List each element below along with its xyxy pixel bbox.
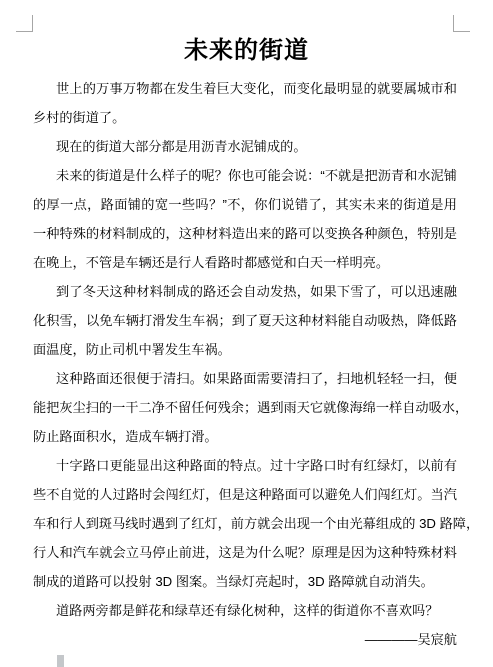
- text-line: 未来的街道是什么样子的呢？你也可能会说：“不就是把沥青和水泥铺: [33, 161, 457, 190]
- paragraph: 十字路口更能显出这种路面的特点。过十字路口时有红绿灯，以前有些不自觉的人过路时会…: [33, 451, 457, 596]
- text-line: 一种特殊的材料制成的，这种材料造出来的路可以变换各种颜色，特别是: [33, 219, 457, 248]
- text-line: 现在的街道大部分都是用沥青水泥铺成的。: [33, 132, 457, 161]
- paragraph: 现在的街道大部分都是用沥青水泥铺成的。: [33, 132, 457, 161]
- text-line: 化积雪，以免车辆打滑发生车祸；到了夏天这种材料能自动吸热，降低路: [33, 306, 457, 335]
- paragraph: 这种路面还很便于清扫。如果路面需要清扫了，扫地机轻轻一扫，便能把灰尘扫的一干二净…: [33, 364, 457, 451]
- text-line: 在晚上，不管是车辆还是行人看路时都感觉和白天一样明亮。: [33, 248, 457, 277]
- crop-mark-top-left: [16, 15, 33, 32]
- text-line: 防止路面积水，造成车辆打滑。: [33, 422, 457, 451]
- text-line: 到了冬天这种材料制成的路还会自动发热，如果下雪了，可以迅速融: [33, 277, 457, 306]
- paragraph: 世上的万事万物都在发生着巨大变化，而变化最明显的就要属城市和乡村的街道了。: [33, 74, 457, 132]
- text-line: 乡村的街道了。: [33, 103, 457, 132]
- crop-mark-top-right: [453, 15, 470, 32]
- paragraph: 道路两旁都是鲜花和绿草还有绿化树种，这样的街道你不喜欢吗？: [33, 596, 457, 625]
- text-line: 这种路面还很便于清扫。如果路面需要清扫了，扫地机轻轻一扫，便: [33, 364, 457, 393]
- text-line: 车和行人到斑马线时遇到了红灯，前方就会出现一个由光幕组成的 3D 路障，: [33, 509, 457, 538]
- document-page: 未来的街道 世上的万事万物都在发生着巨大变化，而变化最明显的就要属城市和乡村的街…: [0, 0, 493, 667]
- text-line: 行人和汽车就会立马停止前进，这是为什么呢？原理是因为这种特殊材料: [33, 538, 457, 567]
- text-line: 世上的万事万物都在发生着巨大变化，而变化最明显的就要属城市和: [33, 74, 457, 103]
- paragraph: 未来的街道是什么样子的呢？你也可能会说：“不就是把沥青和水泥铺的厚一点，路面铺的…: [33, 161, 457, 277]
- page-bottom-fragment: [57, 655, 64, 667]
- text-line: 道路两旁都是鲜花和绿草还有绿化树种，这样的街道你不喜欢吗？: [33, 596, 457, 625]
- author-signature: ————吴宸航: [33, 625, 457, 654]
- text-line: 能把灰尘扫的一干二净不留任何残余；遇到雨天它就像海绵一样自动吸水，: [33, 393, 457, 422]
- document-title: 未来的街道: [0, 37, 493, 65]
- document-body[interactable]: 世上的万事万物都在发生着巨大变化，而变化最明显的就要属城市和乡村的街道了。现在的…: [33, 74, 457, 654]
- text-line: 面温度，防止司机中署发生车祸。: [33, 335, 457, 364]
- text-line: 些不自觉的人过路时会闯红灯，但是这种路面可以避免人们闯红灯。当汽: [33, 480, 457, 509]
- paragraph: 到了冬天这种材料制成的路还会自动发热，如果下雪了，可以迅速融化积雪，以免车辆打滑…: [33, 277, 457, 364]
- text-line: 制成的道路可以投射 3D 图案。当绿灯亮起时，3D 路障就自动消失。: [33, 567, 457, 596]
- text-line: 的厚一点，路面铺的宽一些吗？”不，你们说错了，其实未来的街道是用: [33, 190, 457, 219]
- text-line: 十字路口更能显出这种路面的特点。过十字路口时有红绿灯，以前有: [33, 451, 457, 480]
